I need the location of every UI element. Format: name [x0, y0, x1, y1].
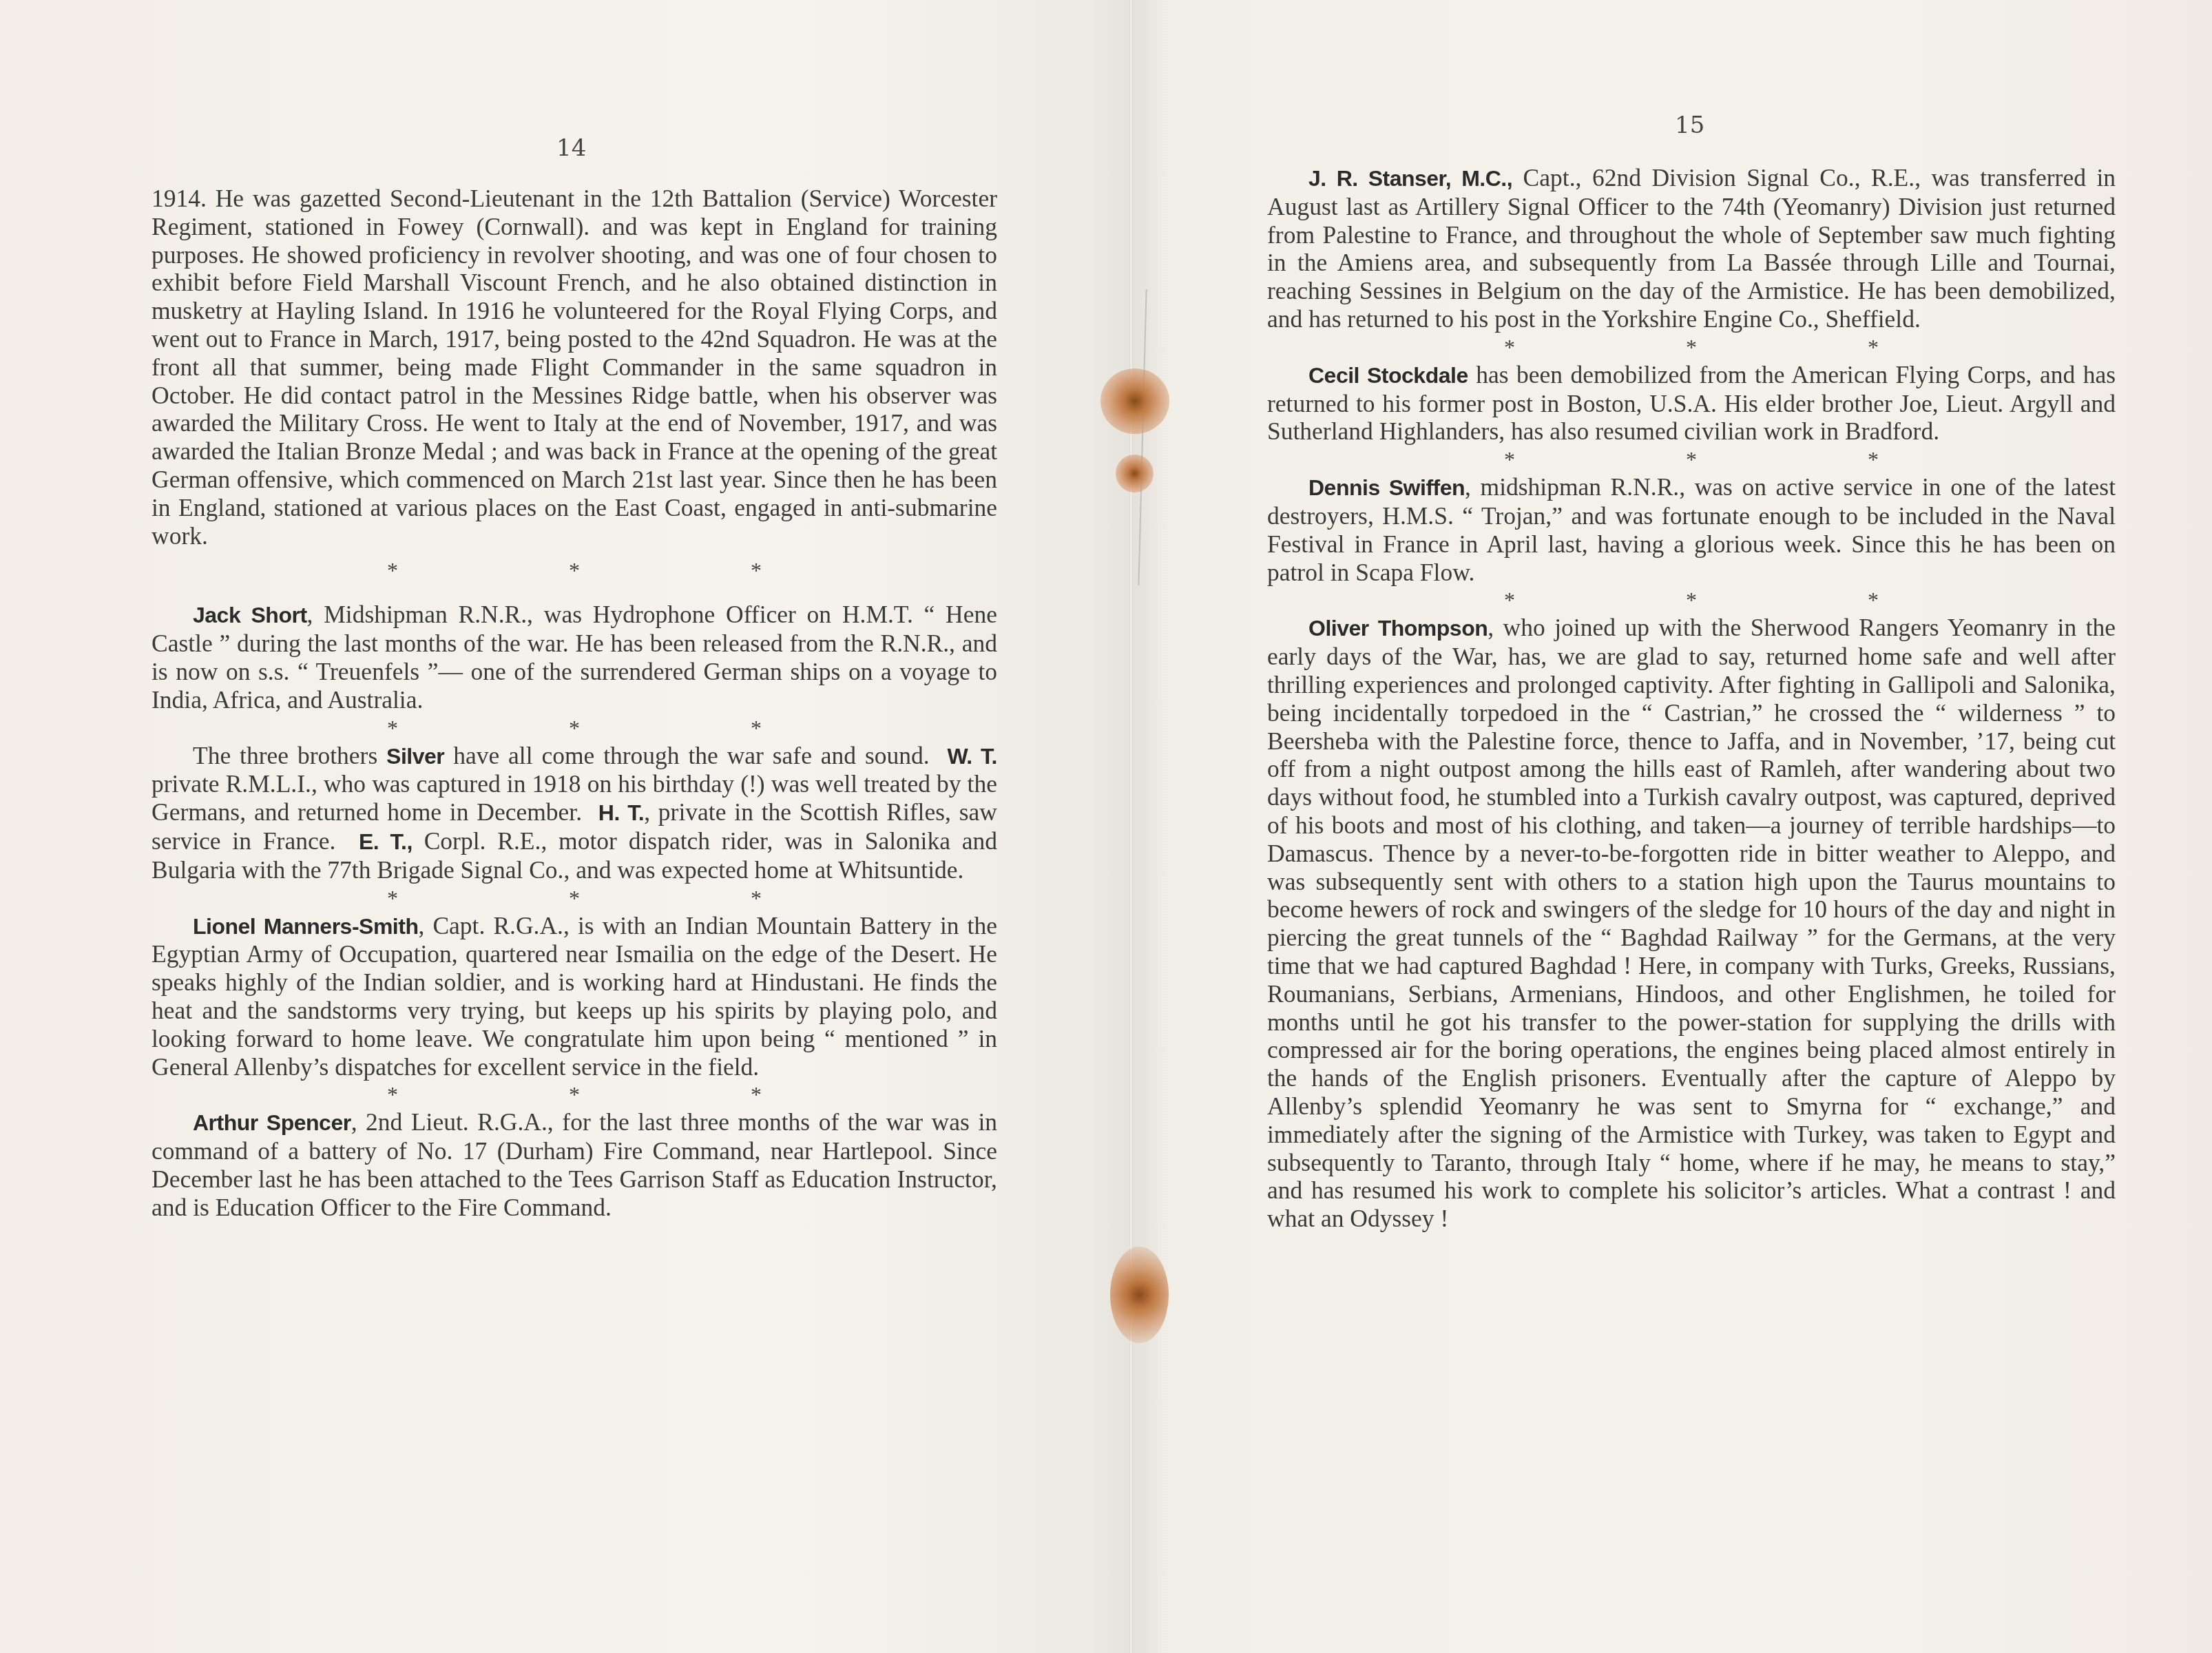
entry-name: J. R. Stanser, M.C.,	[1308, 166, 1512, 191]
gutter	[1129, 0, 1131, 1653]
entry-name: Jack Short	[193, 603, 307, 627]
entry-name: Dennis Swiffen	[1308, 475, 1465, 500]
entry-name: Lionel Manners-Smith	[193, 914, 418, 939]
section-separator: * * *	[152, 714, 997, 742]
rust-stain-2	[1116, 455, 1154, 492]
entry-subname: W. T.	[947, 744, 997, 769]
entry-lionel-manners-smith: Lionel Manners-Smith, Capt. R.G.A., is w…	[152, 912, 997, 1081]
entry-name: Silver	[386, 744, 444, 769]
entry-silver-brothers: The three brothers Silver have all come …	[152, 742, 997, 884]
right-page-text: J. R. Stanser, M.C., Capt., 62nd Divisio…	[1267, 164, 2116, 1233]
rust-stain-1	[1100, 368, 1169, 434]
entry-jack-short: Jack Short, Midshipman R.N.R., was Hydro…	[152, 601, 997, 714]
section-separator: * * *	[1267, 446, 2116, 473]
section-separator: * * *	[1267, 586, 2116, 614]
rust-stain-3	[1110, 1247, 1169, 1343]
entry-oliver-thompson: Oliver Thompson, who joined up with the …	[1267, 614, 2116, 1233]
entry-name: Arthur Spencer	[193, 1110, 351, 1135]
page-number-right: 15	[1675, 112, 1704, 139]
paragraph-continuation: 1914. He was gazetted Second-Lieutenant …	[152, 185, 997, 550]
section-separator: * * *	[1267, 333, 2116, 361]
entry-dennis-swiffen: Dennis Swiffen, midshipman R.N.R., was o…	[1267, 473, 2116, 586]
entry-name: Cecil Stockdale	[1308, 363, 1468, 388]
left-page-text: 1914. He was gazetted Second-Lieutenant …	[152, 185, 997, 1222]
entry-subname: E. T.,	[359, 829, 413, 854]
entry-subname: H. T.	[598, 800, 644, 825]
section-separator: * * *	[152, 557, 997, 584]
section-separator: * * *	[152, 884, 997, 912]
entry-jr-stanser: J. R. Stanser, M.C., Capt., 62nd Divisio…	[1267, 164, 2116, 333]
entry-cecil-stockdale: Cecil Stockdale has been demobilized fro…	[1267, 361, 2116, 446]
page-number-left: 14	[556, 134, 586, 162]
entry-name: Oliver Thompson	[1308, 616, 1488, 641]
entry-arthur-spencer: Arthur Spencer, 2nd Lieut. R.G.A., for t…	[152, 1108, 997, 1221]
book-spread: 14 15 1914. He was gazetted Second-Lieut…	[0, 0, 2212, 1653]
section-separator: * * *	[152, 1081, 997, 1108]
